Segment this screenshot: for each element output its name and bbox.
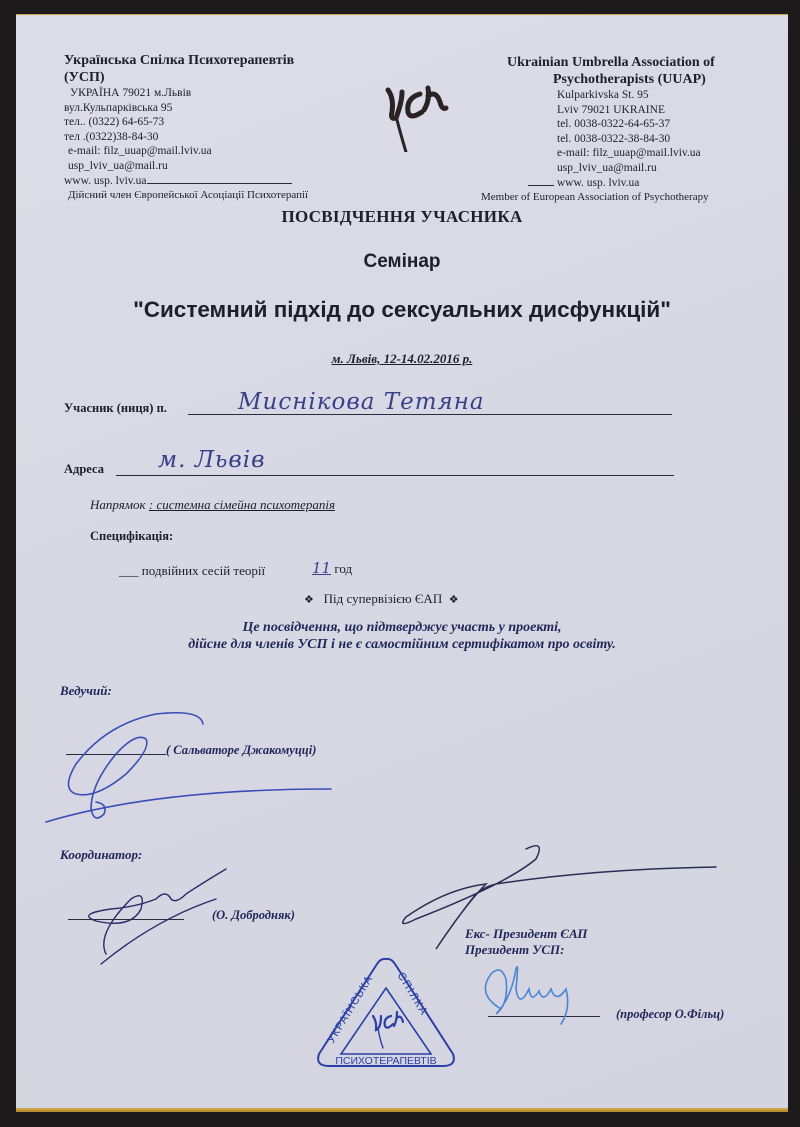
direction-label: Напрямок (90, 497, 146, 512)
notice-line-2: дійсне для членів УСП і не є самостійним… (16, 636, 788, 653)
email-2[interactable]: usp_lviv_ua@mail.ru (64, 159, 308, 174)
stamp-bottom-text: ПСИХОТЕРАПЕВТІВ (335, 1055, 436, 1067)
stamp-right-text: СПІЛКА (395, 970, 431, 1018)
sessions-blank: ___ (119, 563, 139, 578)
president-name: (професор О.Фільц) (616, 1006, 724, 1023)
direction-row: Напрямок : системна сімейна психотерапія (90, 497, 335, 513)
website-row: www. usp. lviv.ua (64, 174, 308, 189)
certificate-page: Українська Спілка Психотерапевтів (УСП) … (16, 14, 788, 1112)
hours-row: 11 год (312, 559, 352, 577)
email-1-en[interactable]: e-mail: filz_uuap@mail.lviv.ua (481, 146, 715, 161)
email-2-en[interactable]: usp_lviv_ua@mail.ru (481, 161, 715, 176)
event-place-date: м. Львів, 12-14.02.2016 р. (16, 351, 788, 367)
supervision-text: Під супервізією ЄАП (324, 591, 443, 606)
usp-stamp-icon: УКРАЇНСЬКА СПІЛКА ПСИХОТЕРАПЕВТІВ (311, 954, 461, 1074)
website-row-en: www. usp. lviv.ua (481, 176, 715, 191)
phone-1-en: tel. 0038-0322-64-65-37 (481, 117, 715, 132)
event-name: "Системний підхід до сексуальних дисфунк… (16, 297, 788, 323)
org-name-en-2: Psychotherapists (UUAP) (481, 71, 715, 88)
sessions-text: подвійних сесій теорії (142, 563, 265, 578)
direction-value: : системна сімейна психотерапія (149, 497, 335, 512)
org-abbr-ua: (УСП) (64, 69, 308, 86)
phone-1: тел.. (0322) 64-65-73 (64, 115, 308, 130)
svg-text:СПІЛКА: СПІЛКА (395, 970, 431, 1018)
address-underline (116, 475, 674, 476)
org-name-en-1: Ukrainian Umbrella Association of (481, 54, 715, 71)
phone-2-en: tel. 0038-0322-38-84-30 (481, 132, 715, 147)
specification-label: Специфікація: (90, 529, 173, 544)
president-signature-icon (471, 949, 601, 1029)
website-link-en[interactable]: www. usp. lviv.ua (557, 177, 640, 189)
address-country: УКРАЇНА 79021 м.Львів (64, 86, 308, 101)
org-name-ua: Українська Спілка Психотерапевтів (64, 52, 308, 69)
diamond-bullet-icon: ❖ (304, 594, 314, 606)
address-street-en: Kulparkivska St. 95 (481, 88, 715, 103)
header-left: Українська Спілка Психотерапевтів (УСП) … (64, 52, 308, 203)
diamond-bullet-icon: ❖ (449, 594, 459, 606)
president-label-1: Екс- Президент ЄАП (465, 925, 587, 942)
leader-signature-icon (36, 694, 356, 834)
participant-name: Миснікова Тетяна (238, 389, 485, 415)
header-right: Ukrainian Umbrella Association of Psycho… (481, 54, 715, 205)
phone-2: тел .(0322)38-84-30 (64, 130, 308, 145)
eap-member-en: Member of European Association of Psycho… (481, 190, 715, 205)
stamp-left-text: УКРАЇНСЬКА (325, 973, 375, 1045)
address-street: вул.Кульпарківська 95 (64, 101, 308, 116)
event-type: Семінар (16, 251, 788, 273)
hours-unit: год (334, 561, 352, 576)
certificate-title: ПОСВІДЧЕННЯ УЧАСНИКА (16, 207, 788, 227)
usp-monogram-logo-icon (366, 72, 466, 152)
svg-text:УКРАЇНСЬКА: УКРАЇНСЬКА (325, 973, 375, 1045)
sessions-row: ___ подвійних сесій теорії (119, 563, 265, 579)
divider-line (147, 183, 292, 184)
coordinator-signature-icon (76, 859, 236, 969)
address-label: Адреса (64, 462, 104, 477)
address-value: м. Львів (158, 447, 266, 473)
website-link[interactable]: www. usp. lviv.ua (64, 175, 147, 187)
address-city-en: Lviv 79021 UKRAINE (481, 103, 715, 118)
eap-member-ua: Дійсний член Європейської Асоціації Псих… (64, 188, 308, 203)
notice-line-1: Це посвідчення, що підтверджує участь у … (16, 619, 788, 636)
supervision-row: ❖ Під супервізією ЄАП ❖ (304, 591, 459, 607)
participant-label: Учасник (ниця) п. (64, 401, 167, 416)
divider-line (528, 185, 554, 186)
hours-value: 11 (312, 559, 331, 577)
email-1[interactable]: e-mail: filz_uuap@mail.lviv.ua (64, 144, 308, 159)
